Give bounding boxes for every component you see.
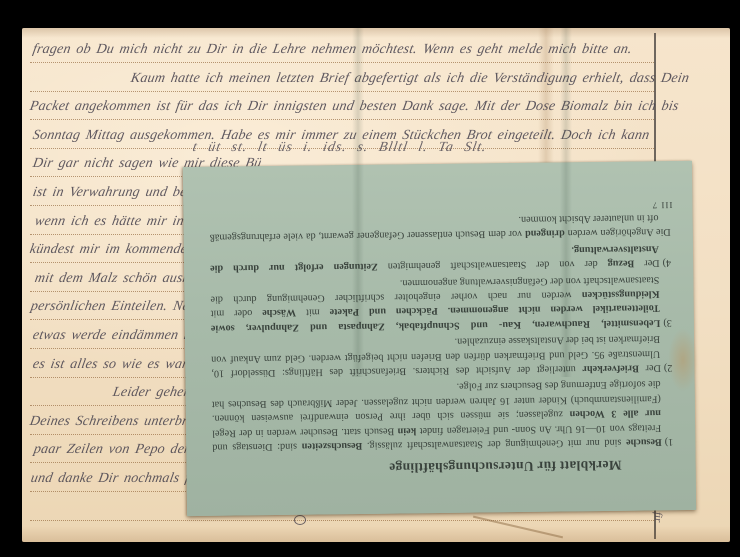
handwritten-line: es ist alles so wie es war. xyxy=(30,357,191,381)
text-segment: sind nur mit Genehmigung der Staatsanwal… xyxy=(362,437,626,451)
bottom-fold-shadow xyxy=(22,526,730,542)
bold-text-segment: Bezug xyxy=(608,258,635,269)
ruled-line xyxy=(30,520,654,521)
leaflet-paragraphs: 1)Besuche sind nur mit Genehmigung der S… xyxy=(209,210,673,454)
bold-text-segment: kein xyxy=(398,425,417,436)
vertical-margin-note: fir xyxy=(652,512,664,546)
text-segment: mit xyxy=(296,307,330,318)
bold-text-segment: Kleidungsstücken xyxy=(582,288,660,300)
bold-text-segment: Päckchen und Pakete xyxy=(330,305,438,317)
ink-blot xyxy=(294,515,306,525)
handwritten-line: Leider gehen xyxy=(110,385,192,409)
leaflet-paragraph: 2)Der Briefverkehr unterliegt der Aufsic… xyxy=(211,331,672,380)
text-segment: Der xyxy=(639,362,661,373)
bold-text-segment: dringend xyxy=(525,228,565,239)
photo-background: fragen ob Du mich nicht zu Dir in die Le… xyxy=(0,0,740,557)
handwritten-line: Packet angekommen ist für das ich Dir in… xyxy=(27,99,680,123)
bold-text-segment: Besuche xyxy=(626,436,662,447)
paragraph-number: 1) xyxy=(662,436,674,447)
handwritten-line: kündest mir im kommenden xyxy=(27,242,196,266)
handwritten-line: und danke Dir nochmals f xyxy=(28,471,190,495)
handwritten-line: paar Zeilen von Pepo den xyxy=(31,442,193,466)
bold-text-segment: nur alle 3 Wochen xyxy=(570,407,661,419)
handwritten-line: Kaum hatte ich meinen letzten Brief abge… xyxy=(128,71,690,95)
handwritten-line: fragen ob Du mich nicht zu Dir in die Le… xyxy=(30,42,633,66)
leaflet-paragraph: 1)Besuche sind nur mit Genehmigung der S… xyxy=(212,376,674,454)
leaflet-title: Merkblatt für Untersuchungshäftlinge xyxy=(212,457,621,478)
handwritten-line: ist in Verwahrung und be xyxy=(30,185,188,209)
text-segment: Die Angehörigen werden xyxy=(565,226,671,238)
text-segment xyxy=(438,305,448,316)
leaflet-paragraph: Die Angehörigen werden dringend vor dem … xyxy=(209,210,670,244)
paragraph-number: 3) xyxy=(660,317,672,328)
text-segment: der von der Staatsanwaltschaft genehmigt… xyxy=(378,258,608,272)
text-segment: Besuch statt. Besucher werden in der Reg… xyxy=(212,425,398,438)
paragraph-number: 2) xyxy=(661,362,673,373)
paragraph-number: 4) xyxy=(660,257,672,268)
handwritten-line-fragment: t üt st. lt üs i. ids. s. Blltl l. Ta Sl… xyxy=(190,140,699,164)
insert-leaflet: Merkblatt für Untersuchungshäftlinge 1)B… xyxy=(183,161,696,516)
handwritten-line: Deines Schreibens unterbrec xyxy=(27,414,201,438)
text-segment: Der xyxy=(634,257,659,268)
handwritten-line: etwas werde eindämmen k xyxy=(30,328,192,352)
handwritten-line: persönlichen Einteilen. Nehm xyxy=(28,299,208,323)
form-code: III 7 xyxy=(652,200,673,210)
leaflet-paragraph: 3)Lebensmittel, Rauchwaren, Kau- und Sch… xyxy=(210,271,672,334)
bold-text-segment: Besuchszeiten xyxy=(302,440,363,452)
top-fold-shadow xyxy=(22,28,730,38)
bold-text-segment: Briefverkehr xyxy=(582,363,639,375)
handwritten-line: wenn ich es hätte mir ins xyxy=(32,214,191,238)
bold-text-segment: Wäsche xyxy=(262,307,296,318)
letter-page: fragen ob Du mich nicht zu Dir in die Le… xyxy=(22,28,730,542)
leaflet-content: Merkblatt für Untersuchungshäftlinge 1)B… xyxy=(183,161,696,516)
handwritten-line: mit dem Malz schön auskom xyxy=(32,271,208,295)
leaflet-paragraph: 4)Der Bezug der von der Staatsanwaltscha… xyxy=(210,240,671,274)
text-segment: oder mit xyxy=(211,308,263,320)
